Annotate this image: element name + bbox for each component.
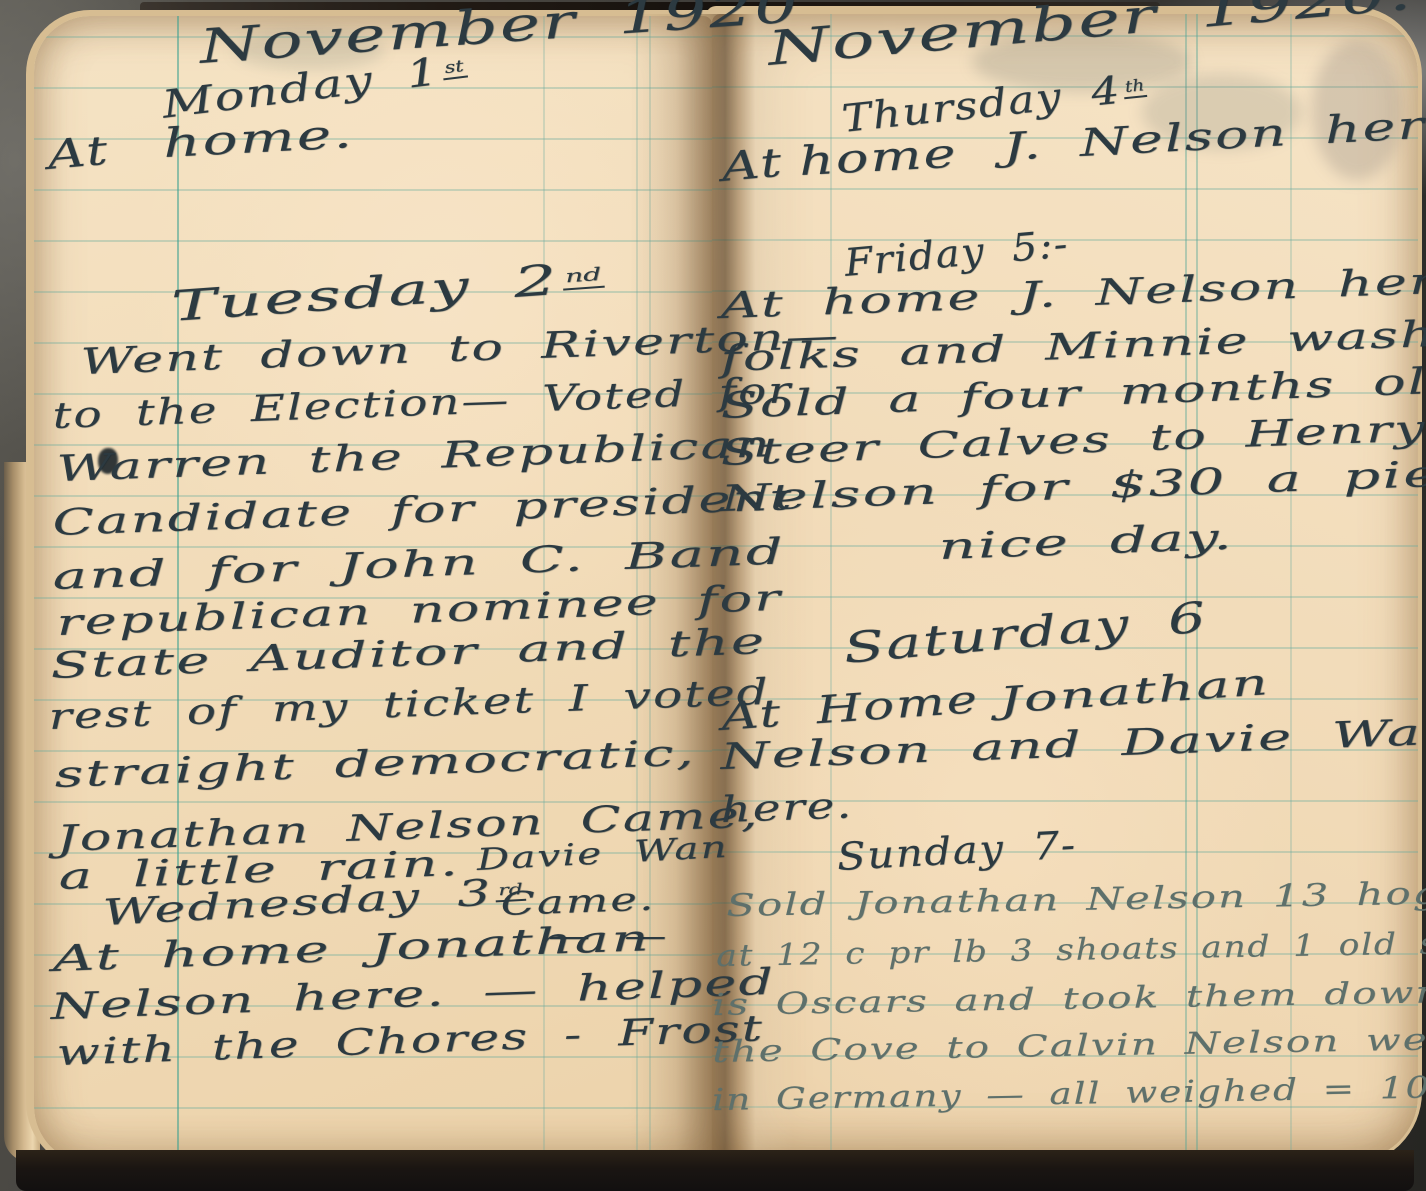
diary-page-left	[34, 16, 712, 1164]
ruled-lines-right	[712, 14, 1418, 1160]
smudge-mark	[972, 32, 1192, 92]
column-rule	[830, 14, 832, 1160]
smudge-mark	[1142, 74, 1302, 150]
ruled-lines-left	[34, 16, 712, 1164]
smudge-mark	[234, 30, 384, 70]
diary-photo: November 1920Monday 1stAthome.Tuesday 2n…	[0, 0, 1426, 1191]
margin-rule	[177, 16, 179, 1164]
column-rule	[649, 16, 651, 1164]
column-rule	[543, 16, 545, 1164]
column-rule	[636, 16, 638, 1164]
column-rule	[1290, 14, 1292, 1160]
column-rule	[1185, 14, 1187, 1160]
diary-page-right	[712, 14, 1418, 1160]
column-rule	[1196, 14, 1198, 1160]
notebook-cover-bottom-edge	[16, 1150, 1414, 1191]
smudge-mark	[1312, 40, 1402, 180]
